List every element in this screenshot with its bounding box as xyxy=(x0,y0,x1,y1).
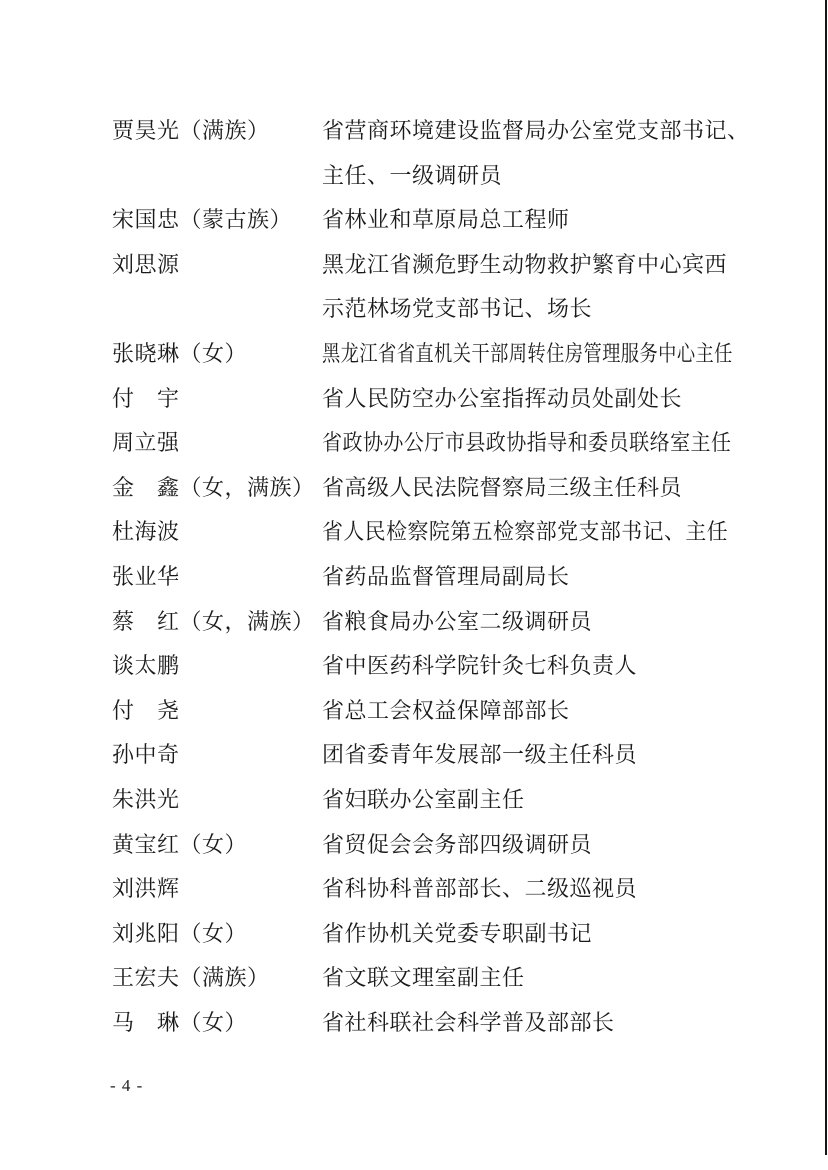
roster-row: 付 宇省人民防空办公室指挥动员处副处长 xyxy=(112,377,758,422)
person-name: 王宏夫（满族） xyxy=(112,956,322,1001)
page-number: - 4 - xyxy=(110,1076,143,1096)
position-title-text: 省文联文理室副主任 xyxy=(322,956,525,1001)
roster-row: 谈太鹏省中医药科学院针灸七科负责人 xyxy=(112,644,758,689)
roster-row: 金 鑫（女，满族）省高级人民法院督察局三级主任科员 xyxy=(112,466,758,511)
scan-edge-artifact-line xyxy=(825,0,827,1155)
position-title-line: 省人民防空办公室指挥动员处副处长 xyxy=(322,377,758,422)
person-name: 朱洪光 xyxy=(112,778,322,823)
position-titles: 省林业和草原局总工程师 xyxy=(322,198,758,243)
person-name: 付 尧 xyxy=(112,689,322,734)
document-page: 贾昊光（满族）省营商环境建设监督局办公室党支部书记、主任、一级调研员宋国忠（蒙古… xyxy=(0,0,828,1170)
position-title-text: 省林业和草原局总工程师 xyxy=(322,198,570,243)
person-name: 周立强 xyxy=(112,421,322,466)
position-titles: 省政协办公厅市县政协指导和委员联络室主任 xyxy=(322,421,758,466)
roster-row: 刘兆阳（女）省作协机关党委专职副书记 xyxy=(112,912,758,957)
person-name: 黄宝红（女） xyxy=(112,823,322,868)
position-title-line: 省营商环境建设监督局办公室党支部书记、 xyxy=(322,109,758,154)
position-title-line: 省作协机关党委专职副书记 xyxy=(322,912,758,957)
roster-row: 刘洪辉省科协科普部部长、二级巡视员 xyxy=(112,867,758,912)
person-name: 张业华 xyxy=(112,555,322,600)
position-title-line: 黑龙江省省直机关干部周转住房管理服务中心主任 xyxy=(322,332,758,377)
position-title-line: 省林业和草原局总工程师 xyxy=(322,198,758,243)
position-titles: 黑龙江省濒危野生动物救护繁育中心宾西示范林场党支部书记、场长 xyxy=(322,243,758,332)
roster-row: 蔡 红（女，满族）省粮食局办公室二级调研员 xyxy=(112,600,758,645)
position-title-line: 黑龙江省濒危野生动物救护繁育中心宾西 xyxy=(322,243,758,288)
position-title-text: 省粮食局办公室二级调研员 xyxy=(322,600,592,645)
position-titles: 省粮食局办公室二级调研员 xyxy=(322,600,758,645)
position-title-text: 省妇联办公室副主任 xyxy=(322,778,525,823)
person-name: 付 宇 xyxy=(112,377,322,422)
person-name: 孙中奇 xyxy=(112,733,322,778)
roster-row: 杜海波省人民检察院第五检察部党支部书记、主任 xyxy=(112,510,758,555)
position-titles: 省贸促会会务部四级调研员 xyxy=(322,823,758,868)
position-title-line: 省药品监督管理局副局长 xyxy=(322,555,758,600)
person-name: 蔡 红（女，满族） xyxy=(112,600,322,645)
position-title-text: 省中医药科学院针灸七科负责人 xyxy=(322,644,637,689)
roster-row: 王宏夫（满族）省文联文理室副主任 xyxy=(112,956,758,1001)
position-title-line: 省总工会权益保障部部长 xyxy=(322,689,758,734)
person-name: 刘兆阳（女） xyxy=(112,912,322,957)
position-title-text: 省社科联社会科学普及部部长 xyxy=(322,1001,615,1046)
position-title-text: 省人民检察院第五检察部党支部书记、主任 xyxy=(322,510,728,555)
position-titles: 省营商环境建设监督局办公室党支部书记、主任、一级调研员 xyxy=(322,109,758,198)
roster-row: 黄宝红（女）省贸促会会务部四级调研员 xyxy=(112,823,758,868)
position-titles: 省科协科普部部长、二级巡视员 xyxy=(322,867,758,912)
person-name: 刘洪辉 xyxy=(112,867,322,912)
position-title-text: 省总工会权益保障部部长 xyxy=(322,689,570,734)
person-name: 张晓琳（女） xyxy=(112,332,322,377)
person-name: 杜海波 xyxy=(112,510,322,555)
position-title-line: 省高级人民法院督察局三级主任科员 xyxy=(322,466,758,511)
person-name: 宋国忠（蒙古族） xyxy=(112,198,322,243)
roster-row: 马 琳（女）省社科联社会科学普及部部长 xyxy=(112,1001,758,1046)
person-name: 贾昊光（满族） xyxy=(112,109,322,154)
position-titles: 省妇联办公室副主任 xyxy=(322,778,758,823)
position-titles: 省作协机关党委专职副书记 xyxy=(322,912,758,957)
position-title-text: 省高级人民法院督察局三级主任科员 xyxy=(322,466,682,511)
position-title-line: 省文联文理室副主任 xyxy=(322,956,758,1001)
position-title-line: 省粮食局办公室二级调研员 xyxy=(322,600,758,645)
roster-row: 付 尧省总工会权益保障部部长 xyxy=(112,689,758,734)
person-name: 刘思源 xyxy=(112,243,322,288)
position-title-line: 省人民检察院第五检察部党支部书记、主任 xyxy=(322,510,758,555)
position-title-line: 省中医药科学院针灸七科负责人 xyxy=(322,644,758,689)
position-title-text: 省作协机关党委专职副书记 xyxy=(322,912,592,957)
position-titles: 黑龙江省省直机关干部周转住房管理服务中心主任 xyxy=(322,332,758,377)
position-titles: 省文联文理室副主任 xyxy=(322,956,758,1001)
roster-row: 宋国忠（蒙古族）省林业和草原局总工程师 xyxy=(112,198,758,243)
roster-row: 贾昊光（满族）省营商环境建设监督局办公室党支部书记、主任、一级调研员 xyxy=(112,109,758,198)
position-title-text: 主任、一级调研员 xyxy=(322,154,502,199)
position-titles: 团省委青年发展部一级主任科员 xyxy=(322,733,758,778)
position-titles: 省总工会权益保障部部长 xyxy=(322,689,758,734)
person-name: 金 鑫（女，满族） xyxy=(112,466,322,511)
position-title-text: 黑龙江省省直机关干部周转住房管理服务中心主任 xyxy=(322,332,733,377)
roster-row: 朱洪光省妇联办公室副主任 xyxy=(112,778,758,823)
position-titles: 省人民防空办公室指挥动员处副处长 xyxy=(322,377,758,422)
position-title-line: 团省委青年发展部一级主任科员 xyxy=(322,733,758,778)
position-titles: 省中医药科学院针灸七科负责人 xyxy=(322,644,758,689)
person-name: 谈太鹏 xyxy=(112,644,322,689)
roster-row: 张业华省药品监督管理局副局长 xyxy=(112,555,758,600)
roster-row: 周立强省政协办公厅市县政协指导和委员联络室主任 xyxy=(112,421,758,466)
position-title-line: 省政协办公厅市县政协指导和委员联络室主任 xyxy=(322,421,758,466)
position-title-text: 示范林场党支部书记、场长 xyxy=(322,287,592,332)
personnel-roster-list: 贾昊光（满族）省营商环境建设监督局办公室党支部书记、主任、一级调研员宋国忠（蒙古… xyxy=(112,109,758,1045)
position-title-line: 省社科联社会科学普及部部长 xyxy=(322,1001,758,1046)
position-title-line: 省妇联办公室副主任 xyxy=(322,778,758,823)
position-title-text: 省营商环境建设监督局办公室党支部书记、 xyxy=(322,109,750,154)
position-title-line: 主任、一级调研员 xyxy=(322,154,758,199)
position-title-text: 省人民防空办公室指挥动员处副处长 xyxy=(322,377,682,422)
position-title-text: 团省委青年发展部一级主任科员 xyxy=(322,733,637,778)
position-title-line: 省科协科普部部长、二级巡视员 xyxy=(322,867,758,912)
position-title-text: 省贸促会会务部四级调研员 xyxy=(322,823,592,868)
position-title-text: 省科协科普部部长、二级巡视员 xyxy=(322,867,637,912)
position-title-text: 黑龙江省濒危野生动物救护繁育中心宾西 xyxy=(322,243,727,288)
person-name: 马 琳（女） xyxy=(112,1001,322,1046)
position-title-line: 省贸促会会务部四级调研员 xyxy=(322,823,758,868)
position-title-text: 省政协办公厅市县政协指导和委员联络室主任 xyxy=(322,421,732,466)
roster-row: 张晓琳（女）黑龙江省省直机关干部周转住房管理服务中心主任 xyxy=(112,332,758,377)
roster-row: 刘思源黑龙江省濒危野生动物救护繁育中心宾西示范林场党支部书记、场长 xyxy=(112,243,758,332)
position-title-text: 省药品监督管理局副局长 xyxy=(322,555,570,600)
position-titles: 省高级人民法院督察局三级主任科员 xyxy=(322,466,758,511)
position-titles: 省人民检察院第五检察部党支部书记、主任 xyxy=(322,510,758,555)
position-title-line: 示范林场党支部书记、场长 xyxy=(322,287,758,332)
position-titles: 省社科联社会科学普及部部长 xyxy=(322,1001,758,1046)
roster-row: 孙中奇团省委青年发展部一级主任科员 xyxy=(112,733,758,778)
position-titles: 省药品监督管理局副局长 xyxy=(322,555,758,600)
